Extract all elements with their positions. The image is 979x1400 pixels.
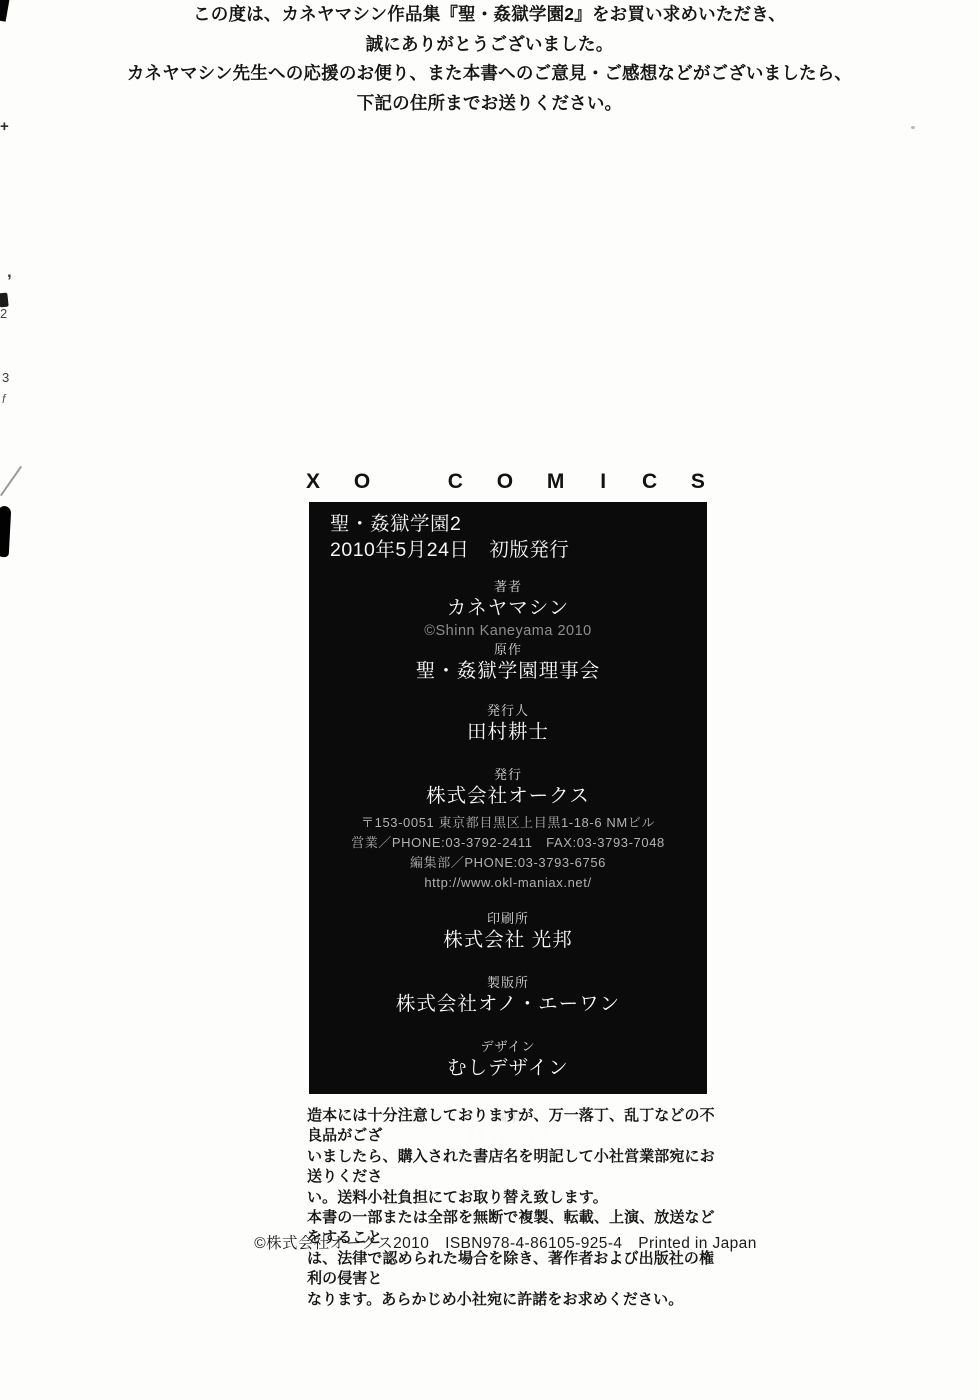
notice-line: 造本には十分注意しておりますが、万一落丁、乱丁などの不良品がござ xyxy=(307,1106,719,1147)
publisher-group: 発行 株式会社オークス 〒153-0051 東京都目黒区上目黒1-18-6 NM… xyxy=(309,766,707,893)
intro-line: この度は、カネヤマシン作品集『聖・姦獄学園2』をお買い求めいただき、 xyxy=(0,0,979,30)
logo-letter: M xyxy=(547,470,565,494)
scan-artifact-dot xyxy=(911,126,915,129)
defect-copyright-notice: 造本には十分注意しておりますが、万一落丁、乱丁などの不良品がござ いましたら、購… xyxy=(307,1106,719,1310)
logo-letter: O xyxy=(354,470,370,494)
printer-group: 印刷所 株式会社 光邦 xyxy=(309,910,707,954)
author-label: 著者 xyxy=(309,578,707,595)
phone-line: 営業／PHONE:03-3792-2411 FAX:03-3793-7048 xyxy=(309,833,707,853)
issuer-group: 発行人 田村耕士 xyxy=(309,702,707,746)
logo-letter: C xyxy=(642,470,657,494)
logo-letter: S xyxy=(691,470,705,494)
original-label: 原作 xyxy=(309,641,707,658)
colophon-head: 聖・姦獄学園2 2010年5月24日 初版発行 xyxy=(309,511,707,563)
publisher-name: 株式会社オークス xyxy=(309,783,707,810)
scan-artifact-blot xyxy=(0,293,9,308)
logo-letter: C xyxy=(448,470,463,494)
intro-line: カネヤマシン先生への応援のお便り、また本書へのご意見・ご感想などがございましたら… xyxy=(0,59,979,89)
isbn-copyright-line: ©株式会社オークス2010 ISBN978-4-86105-925-4 Prin… xyxy=(16,1231,979,1253)
book-title: 聖・姦獄学園2 xyxy=(330,511,707,537)
copyright-credit: ©Shinn Kaneyama 2010 xyxy=(309,622,707,641)
printer-label: 印刷所 xyxy=(309,910,707,927)
logo-letter: O xyxy=(497,470,513,494)
issuer-label: 発行人 xyxy=(309,702,707,719)
scan-artifact-digit: 2 xyxy=(0,306,7,321)
notice-line: は、法律で認められた場合を除き、著作者および出版社の権利の侵害と xyxy=(307,1249,719,1290)
original-name: 聖・姦獄学園理事会 xyxy=(309,658,707,685)
design-name: むしデザイン xyxy=(309,1055,707,1082)
edition-date: 2010年5月24日 初版発行 xyxy=(330,537,707,563)
colophon-page: この度は、カネヤマシン作品集『聖・姦獄学園2』をお買い求めいただき、 誠にありが… xyxy=(0,0,979,1400)
platemaker-group: 製版所 株式会社オノ・エーワン xyxy=(309,974,707,1018)
editorial-phone-line: 編集部／PHONE:03-3793-6756 xyxy=(309,853,707,873)
xo-comics-logo: XOCOMICS xyxy=(306,466,705,494)
issuer-name: 田村耕士 xyxy=(309,719,707,746)
printer-name: 株式会社 光邦 xyxy=(309,927,707,954)
publisher-url: http://www.okl-maniax.net/ xyxy=(309,873,707,893)
address-line: 〒153-0051 東京都目黒区上目黒1-18-6 NMビル xyxy=(309,813,707,833)
intro-message: この度は、カネヤマシン作品集『聖・姦獄学園2』をお買い求めいただき、 誠にありが… xyxy=(0,0,979,118)
scan-artifact-scratch xyxy=(0,466,22,497)
design-group: デザイン むしデザイン xyxy=(309,1038,707,1082)
platemaker-label: 製版所 xyxy=(309,974,707,991)
intro-line: 誠にありがとうございました。 xyxy=(0,30,979,60)
scan-artifact-ink-blob xyxy=(0,506,11,558)
notice-line: なります。あらかじめ小社宛に許諾をお求めください。 xyxy=(307,1290,719,1310)
scan-artifact-mark: + xyxy=(0,118,9,135)
author-group: 著者 カネヤマシン ©Shinn Kaneyama 2010 原作 聖・姦獄学園… xyxy=(309,578,707,685)
logo-letter: I xyxy=(598,470,608,494)
intro-line: 下記の住所までお送りください。 xyxy=(0,89,979,119)
platemaker-name: 株式会社オノ・エーワン xyxy=(309,991,707,1018)
publisher-label: 発行 xyxy=(309,766,707,783)
notice-line: いましたら、購入された書店名を明記して小社営業部宛にお送りくださ xyxy=(307,1147,719,1188)
scan-artifact-mark: , xyxy=(7,262,12,282)
notice-line: い。送料小社負担にてお取り替え致します。 xyxy=(307,1188,719,1208)
author-name: カネヤマシン xyxy=(309,595,707,622)
publisher-address: 〒153-0051 東京都目黒区上目黒1-18-6 NMビル 営業／PHONE:… xyxy=(309,813,707,893)
scan-artifact-mark: f xyxy=(2,392,5,406)
design-label: デザイン xyxy=(309,1038,707,1055)
colophon-box: 聖・姦獄学園2 2010年5月24日 初版発行 著者 カネヤマシン ©Shinn… xyxy=(309,502,707,1094)
logo-letter: X xyxy=(306,470,320,494)
scan-artifact-digit: 3 xyxy=(2,370,9,385)
